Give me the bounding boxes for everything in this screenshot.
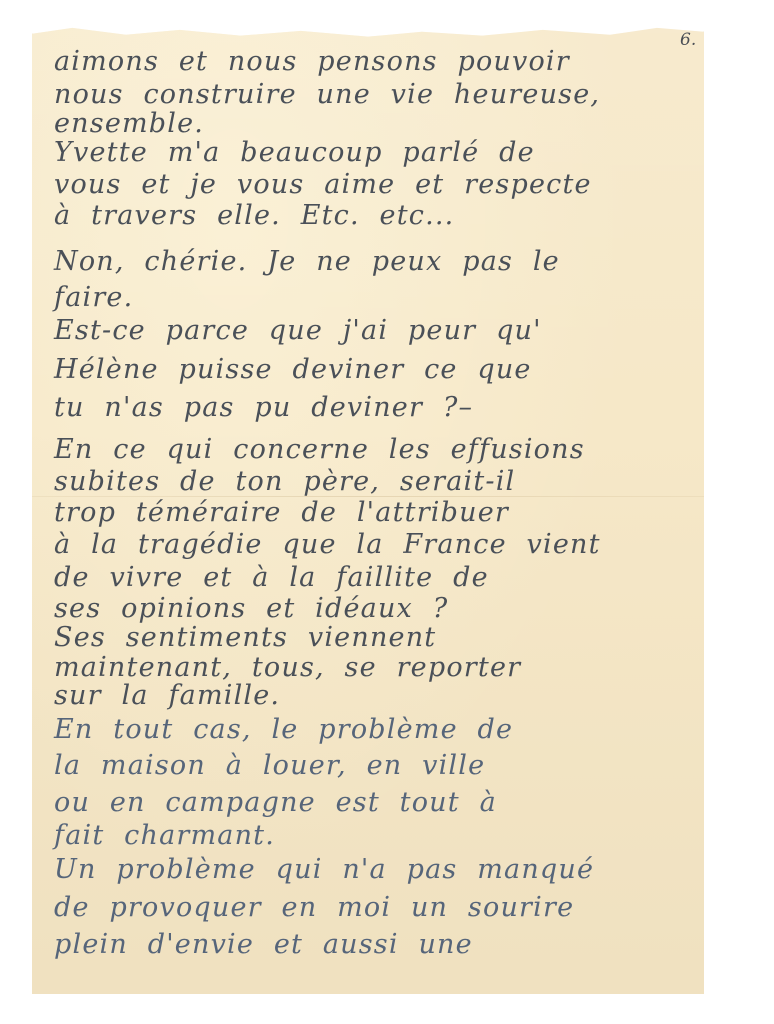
handwritten-line-14: trop téméraire de l'attribuer bbox=[54, 499, 509, 526]
handwritten-line-26: de provoquer en moi un sourire bbox=[54, 894, 574, 921]
handwritten-line-16: de vivre et à la faillite de bbox=[54, 564, 489, 591]
handwritten-line-24: fait charmant. bbox=[54, 822, 275, 849]
handwritten-line-4: Yvette m'a beaucoup parlé de bbox=[54, 139, 535, 166]
handwritten-line-8: faire. bbox=[54, 284, 133, 311]
handwritten-line-20: sur la famille. bbox=[54, 682, 280, 709]
handwritten-line-13: subites de ton père, serait-il bbox=[54, 468, 515, 495]
handwritten-line-11: tu n'as pas pu deviner ?– bbox=[54, 394, 473, 421]
handwritten-line-27: plein d'envie et aussi une bbox=[54, 931, 473, 958]
handwritten-line-5: vous et je vous aime et respecte bbox=[54, 171, 592, 198]
handwritten-line-25: Un problème qui n'a pas manqué bbox=[54, 856, 594, 883]
handwritten-line-21: En tout cas, le problème de bbox=[54, 716, 513, 743]
handwritten-line-15: à la tragédie que la France vient bbox=[54, 531, 601, 558]
letter-paper: 6. aimons et nous pensons pouvoir nous c… bbox=[32, 26, 704, 994]
handwritten-line-6: à travers elle. Etc. etc... bbox=[54, 202, 454, 229]
handwritten-line-1: aimons et nous pensons pouvoir bbox=[54, 48, 570, 75]
handwritten-line-7: Non, chérie. Je ne peux pas le bbox=[54, 248, 560, 275]
handwritten-line-19: maintenant, tous, se reporter bbox=[54, 654, 521, 681]
handwritten-line-18: Ses sentiments viennent bbox=[54, 624, 436, 651]
handwritten-line-23: ou en campagne est tout à bbox=[54, 789, 497, 816]
page-number: 6. bbox=[680, 30, 696, 50]
handwritten-line-10: Hélène puisse deviner ce que bbox=[54, 356, 532, 383]
handwritten-line-12: En ce qui concerne les effusions bbox=[54, 436, 585, 463]
handwritten-line-17: ses opinions et idéaux ? bbox=[54, 595, 448, 622]
handwritten-line-22: la maison à louer, en ville bbox=[54, 752, 485, 779]
handwritten-line-9: Est-ce parce que j'ai peur qu' bbox=[54, 317, 542, 344]
handwritten-line-3: ensemble. bbox=[54, 110, 204, 137]
scanned-page: 6. aimons et nous pensons pouvoir nous c… bbox=[0, 0, 774, 1024]
handwritten-line-2: nous construire une vie heureuse, bbox=[54, 81, 600, 108]
